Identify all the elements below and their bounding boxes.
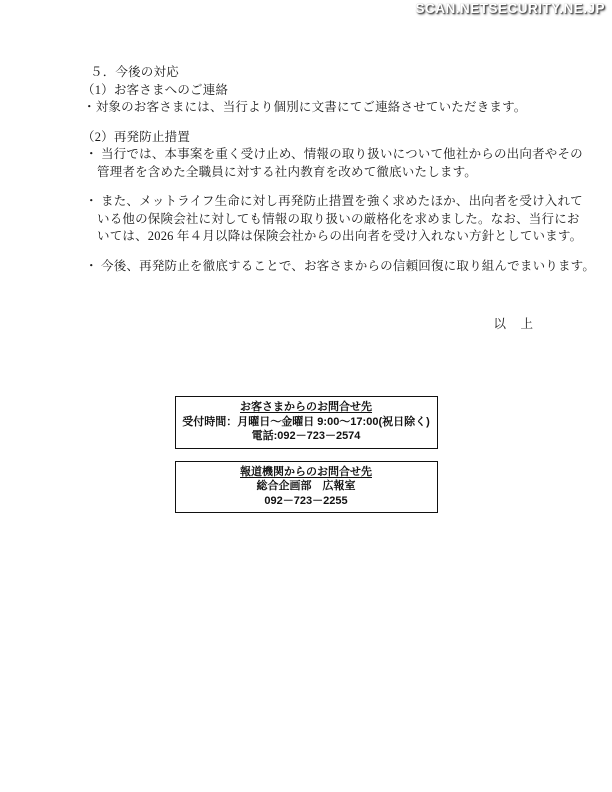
press-release-body: ５．今後の対応 （1）お客さまへのご連絡 ・対象のお客さまには、当行より個別に文… — [82, 64, 544, 334]
bullet-education-line1: ・ 当行では、本事案を重く受け止め、情報の取り扱いについて他社からの出向者やその — [82, 146, 544, 164]
document-page: SCAN.NETSECURITY.NE.JP ５．今後の対応 （1）お客さまへの… — [0, 0, 612, 792]
bullet-trust-recovery: ・ 今後、再発防止を徹底することで、お客さまからの信頼回復に取り組んでまいります… — [82, 258, 544, 276]
press-contact-department: 総合企画部 広報室 — [178, 479, 435, 494]
bullet-education-line2: 管理者を含めた全職員に対する社内教育を改めて徹底いたします。 — [82, 164, 544, 182]
customer-contact-phone: 電話:092－723－2574 — [178, 429, 435, 444]
customer-contact-hours: 受付時間：月曜日～金曜日 9:00～17:00(祝日除く) — [178, 415, 435, 430]
press-contact-box: 報道機関からのお問合せ先 総合企画部 広報室 092－723－2255 — [175, 461, 438, 514]
bullet-metlife-line3: いては、2026 年４月以降は保険会社からの出向者を受け入れない方針としています… — [82, 228, 544, 246]
customer-contact-box: お客さまからのお問合せ先 受付時間：月曜日～金曜日 9:00～17:00(祝日除… — [175, 396, 438, 449]
scan-netsecurity-watermark: SCAN.NETSECURITY.NE.JP — [415, 1, 605, 16]
section-heading: ５．今後の対応 — [82, 64, 544, 82]
press-contact-title: 報道機関からのお問合せ先 — [178, 465, 435, 480]
subsection-2-title: （2）再発防止措置 — [82, 129, 544, 147]
customer-contact-title: お客さまからのお問合せ先 — [178, 400, 435, 415]
press-contact-phone: 092－723－2255 — [178, 494, 435, 509]
contact-boxes-area: お客さまからのお問合せ先 受付時間：月曜日～金曜日 9:00～17:00(祝日除… — [0, 396, 612, 525]
closing-ijou: 以 上 — [82, 316, 544, 334]
subsection-1-title: （1）お客さまへのご連絡 — [82, 82, 544, 100]
bullet-metlife-line2: いる他の保険会社に対しても情報の取り扱いの厳格化を求めました。なお、当行にお — [82, 211, 544, 229]
bullet-metlife-line1: ・ また、メットライフ生命に対し再発防止措置を強く求めたほか、出向者を受け入れて — [82, 193, 544, 211]
subsection-1-bullet: ・対象のお客さまには、当行より個別に文書にてご連絡させていただきます。 — [82, 99, 544, 117]
